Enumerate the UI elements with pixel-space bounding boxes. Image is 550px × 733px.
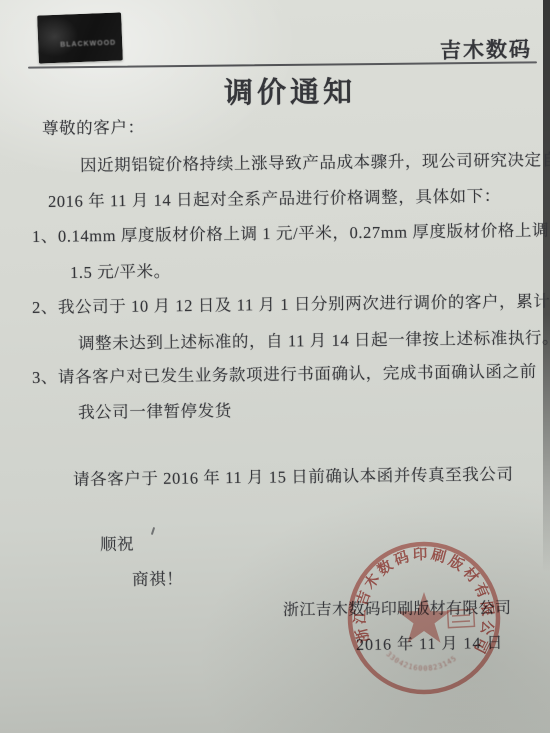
- list-item-3-line-1: 3、请各客户对已发生业务款项进行书面确认，完成书面确认函之前: [32, 358, 537, 388]
- closing-wish: 商祺！: [132, 565, 184, 590]
- svg-text:330421600823145: 330421600823145: [384, 650, 458, 673]
- list-item-1-line-1: 1、0.14mm 厚度版材价格上调 1 元/平米，0.27mm 厚度版材价格上调: [32, 217, 549, 247]
- company-seal: 浙江吉木数码印刷版材有限公司 330421600823145: [340, 534, 508, 702]
- intro-line-1: 因近期铝锭价格持续上涨导致产品成本骤升，现公司研究决定自: [80, 146, 550, 176]
- seal-inner-box: [448, 609, 475, 627]
- list-item-1-line-2: 1.5 元/平米。: [70, 258, 171, 283]
- list-item-2-line-1: 2、我公司于 10 月 12 日及 11 月 1 日分别两次进行调价的客户，累计: [32, 288, 550, 318]
- closing-salute: 顺祝: [100, 531, 134, 555]
- company-logo: BLACKWOOD: [37, 12, 123, 63]
- seal-serial-number: 330421600823145: [384, 650, 458, 673]
- list-item-3-line-2: 我公司一律暂停发货: [78, 397, 232, 423]
- brand-name: 吉木数码: [440, 33, 533, 65]
- page-title: 调价通知: [30, 68, 550, 114]
- list-item-2-line-2: 调整未达到上述标准的，自 11 月 14 日起一律按上述标准执行。: [78, 324, 550, 354]
- logo-wordmark: BLACKWOOD: [60, 40, 116, 49]
- pen-mark: [151, 527, 155, 535]
- seal-star-icon: [397, 592, 450, 643]
- greeting-line: 尊敬的客户：: [42, 114, 145, 139]
- scanned-notice-page: BLACKWOOD 吉木数码 调价通知 尊敬的客户： 因近期铝锭价格持续上涨导致…: [0, 0, 550, 733]
- intro-line-2: 2016 年 11 月 14 日起对全系产品进行价格调整，具体如下：: [48, 182, 501, 212]
- confirm-line: 请各客户于 2016 年 11 月 15 日前确认本函并传真至我公司: [73, 461, 514, 490]
